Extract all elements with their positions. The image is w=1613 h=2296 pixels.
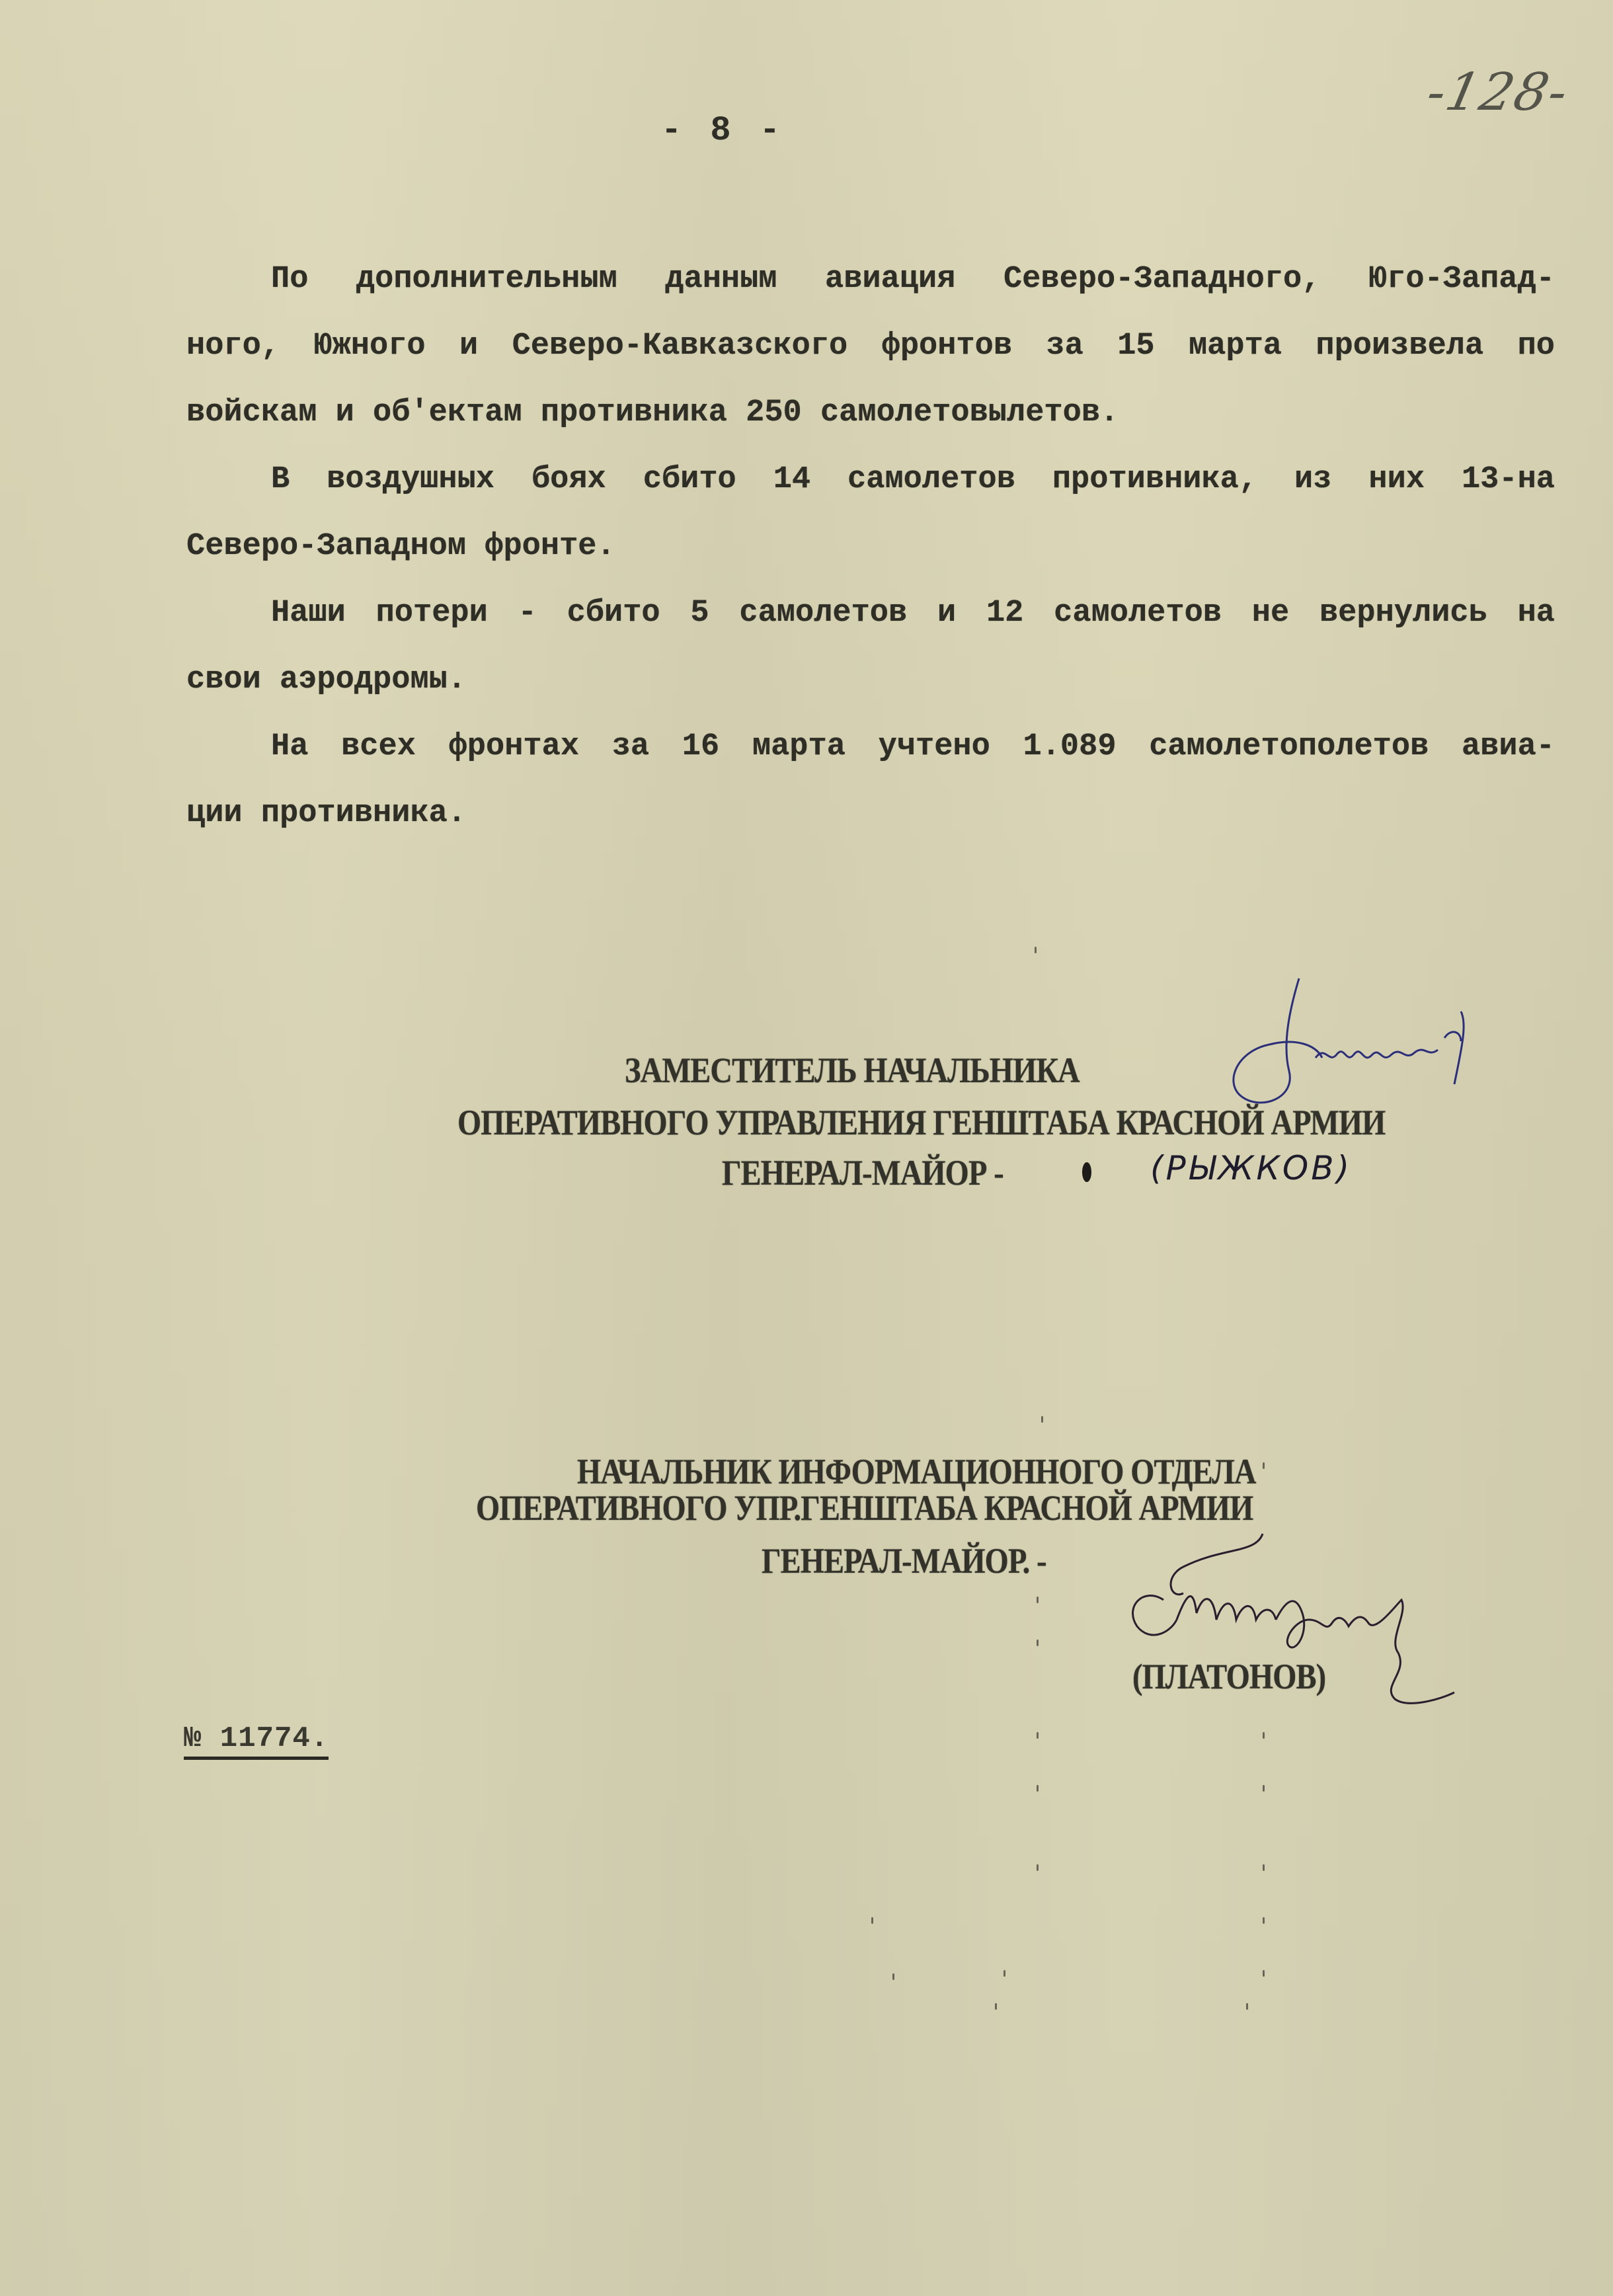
paragraph-1-line-3: войскам и об'ектам противника 250 самоле…: [186, 379, 1555, 446]
page-number: - 8 -: [661, 111, 784, 150]
signature-1-icon: [1183, 972, 1487, 1117]
paper-speck: [1037, 1640, 1039, 1646]
paper-speck: [1035, 947, 1037, 953]
paragraph-1-line-2: ного, Южного и Северо-Кавказского фронто…: [186, 313, 1555, 379]
paper-speck: [1003, 1970, 1005, 1977]
paper-speck: [1041, 1416, 1043, 1423]
archive-page-number-handwritten: -128-: [1421, 63, 1574, 122]
document-page: - 8 - -128- По дополнительным данным ави…: [0, 0, 1613, 2296]
paper-speck: [892, 1973, 894, 1980]
paper-speck: [1037, 1864, 1039, 1871]
signatory-1-name-handwritten: (РЫЖКОВ): [1150, 1149, 1352, 1187]
paper-speck: [1263, 1970, 1265, 1977]
paragraph-2-line-2: Северо-Западном фронте.: [186, 513, 1555, 580]
paper-speck: [1263, 1732, 1265, 1739]
paragraph-4-line-2: ции противника.: [186, 780, 1555, 847]
paper-speck: [1246, 2003, 1248, 2010]
paper-speck: [1263, 1917, 1265, 1924]
paper-speck: [1263, 1864, 1265, 1871]
document-body: По дополнительным данным авиация Северо-…: [186, 246, 1555, 847]
paragraph-3-line-1: Наши потери - сбито 5 самолетов и 12 сам…: [186, 580, 1555, 647]
paragraph-2-line-1: В воздушных боях сбито 14 самолетов прот…: [186, 446, 1555, 513]
paper-speck: [1037, 1732, 1039, 1739]
signatory-1-title-line-1: ЗАМЕСТИТЕЛЬ НАЧАЛЬНИКА: [625, 1050, 1080, 1091]
ink-dot: [1082, 1162, 1091, 1182]
paper-speck: [1037, 1597, 1039, 1603]
paragraph-3-line-2: свои аэродромы.: [186, 647, 1555, 713]
paper-speck: [995, 2003, 997, 2010]
paper-speck: [871, 1917, 873, 1924]
paragraph-1-line-1: По дополнительным данным авиация Северо-…: [186, 246, 1555, 313]
signatory-2-title-line-1: НАЧАЛЬНИК ИНФОРМАЦИОННОГО ОТДЕЛА: [577, 1451, 1256, 1492]
document-number: № 11774.: [184, 1722, 329, 1760]
paragraph-4-line-1: На всех фронтах за 16 марта учтено 1.089…: [186, 713, 1555, 780]
signatory-1-rank: ГЕНЕРАЛ-МАЙОР -: [722, 1152, 1003, 1193]
paper-speck: [1263, 1785, 1265, 1792]
paper-speck: [1037, 1785, 1039, 1792]
signature-2-icon: [1097, 1521, 1534, 1706]
signatory-2-rank: ГЕНЕРАЛ-МАЙОР. -: [762, 1540, 1046, 1581]
paper-speck: [1263, 1462, 1265, 1469]
